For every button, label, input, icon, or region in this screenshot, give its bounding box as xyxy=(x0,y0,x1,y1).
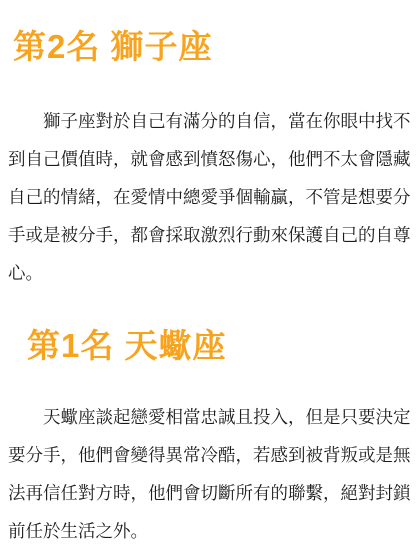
section-body-rank-2: 獅子座對於自己有滿分的自信，當在你眼中找不到自己價值時，就會感到憤怒傷心，他們不… xyxy=(8,102,411,292)
section-heading-rank-2: 第2名 獅子座 xyxy=(8,28,411,66)
section-rank-2: 第2名 獅子座 獅子座對於自己有滿分的自信，當在你眼中找不到自己價值時，就會感到… xyxy=(8,28,411,292)
section-rank-1: 第1名 天蠍座 天蠍座談起戀愛相當忠誠且投入，但是只要決定要分手，他們會變得異常… xyxy=(8,327,411,550)
section-heading-rank-1: 第1名 天蠍座 xyxy=(8,327,411,365)
section-body-rank-1: 天蠍座談起戀愛相當忠誠且投入，但是只要決定要分手，他們會變得異常冷酷，若感到被背… xyxy=(8,398,411,550)
article-page: 第2名 獅子座 獅子座對於自己有滿分的自信，當在你眼中找不到自己價值時，就會感到… xyxy=(0,0,419,560)
